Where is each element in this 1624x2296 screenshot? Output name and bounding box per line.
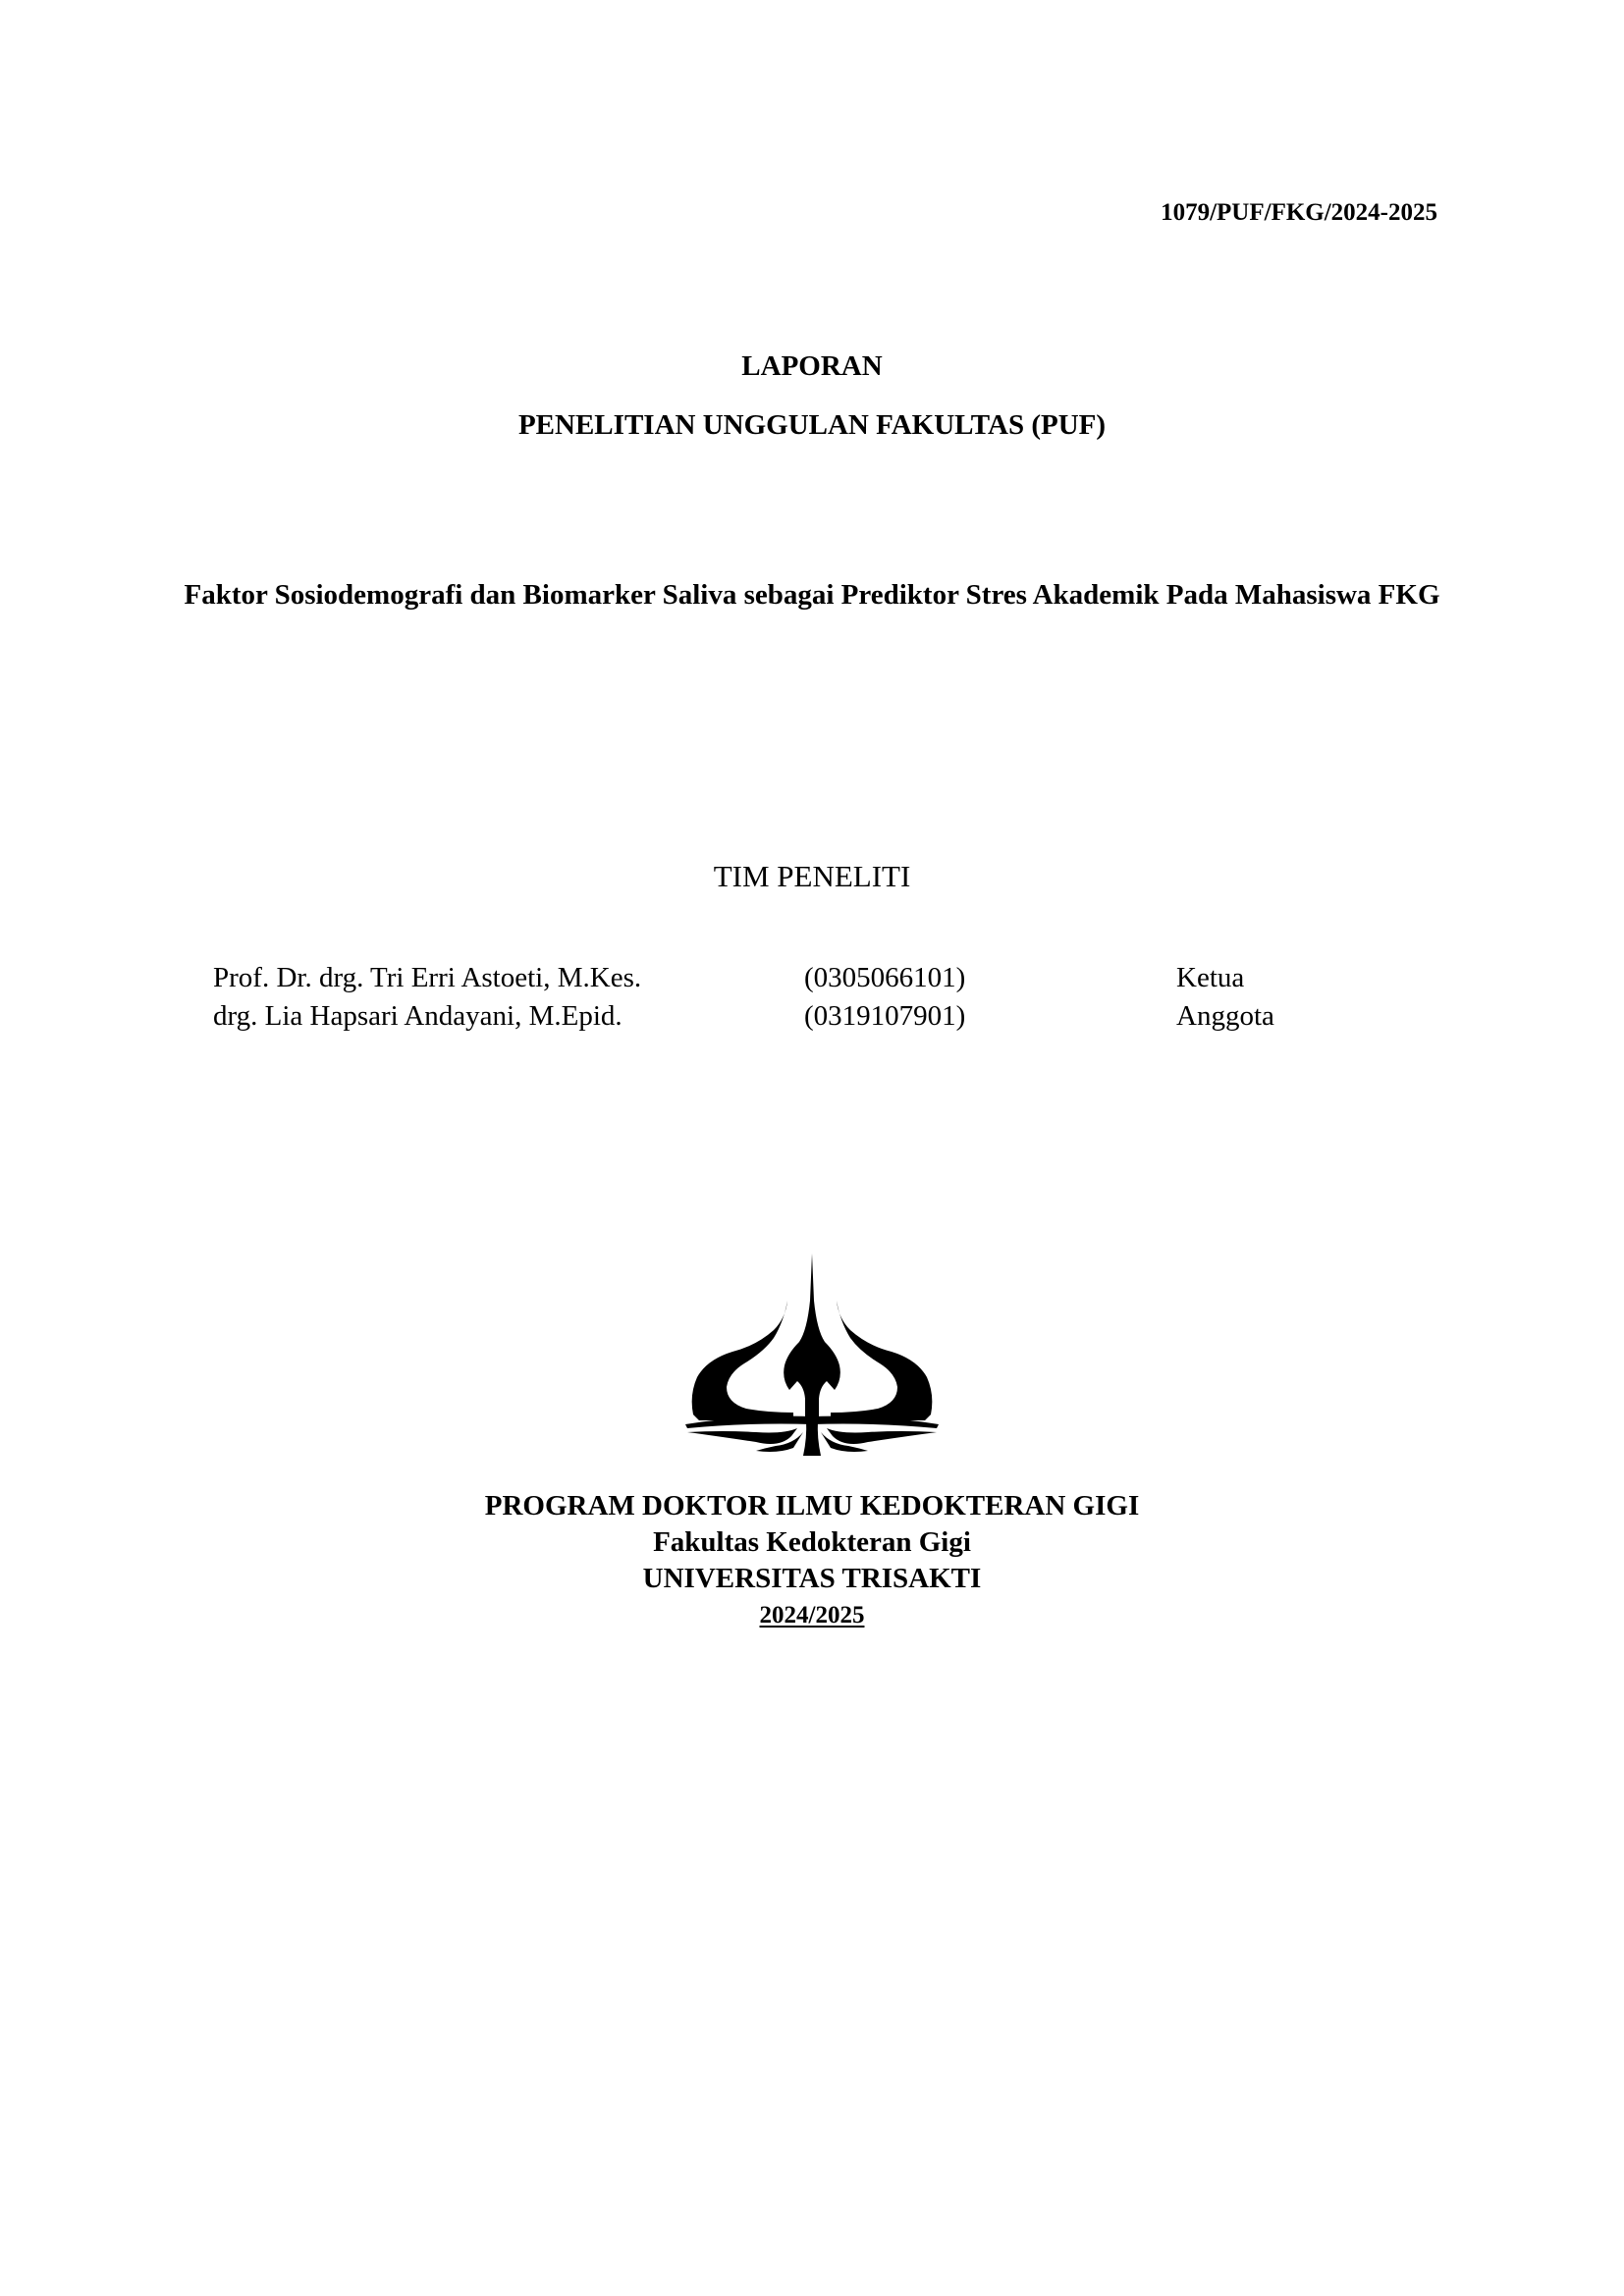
member-name: Prof. Dr. drg. Tri Erri Astoeti, M.Kes.	[213, 962, 641, 994]
trisakti-university-emblem-icon	[677, 1252, 947, 1458]
member-role: Anggota	[1176, 1000, 1274, 1033]
program-heading: PENELITIAN UNGGULAN FAKULTAS (PUF)	[0, 409, 1624, 442]
member-id: (0319107901)	[804, 1000, 965, 1033]
member-name: drg. Lia Hapsari Andayani, M.Epid.	[213, 1000, 623, 1033]
report-type-heading: LAPORAN	[0, 350, 1624, 383]
document-number: 1079/PUF/FKG/2024-2025	[1161, 199, 1437, 227]
footer-program: PROGRAM DOKTOR ILMU KEDOKTERAN GIGI	[0, 1490, 1624, 1522]
team-heading: TIM PENELITI	[0, 859, 1624, 894]
footer-faculty: Fakultas Kedokteran Gigi	[0, 1526, 1624, 1559]
footer-year-wrapper: 2024/2025	[0, 1602, 1624, 1629]
member-id: (0305066101)	[804, 962, 965, 994]
member-role: Ketua	[1176, 962, 1244, 994]
research-title: Faktor Sosiodemografi dan Biomarker Sali…	[167, 577, 1457, 613]
footer-university: UNIVERSITAS TRISAKTI	[0, 1563, 1624, 1595]
footer-year: 2024/2025	[760, 1602, 865, 1629]
